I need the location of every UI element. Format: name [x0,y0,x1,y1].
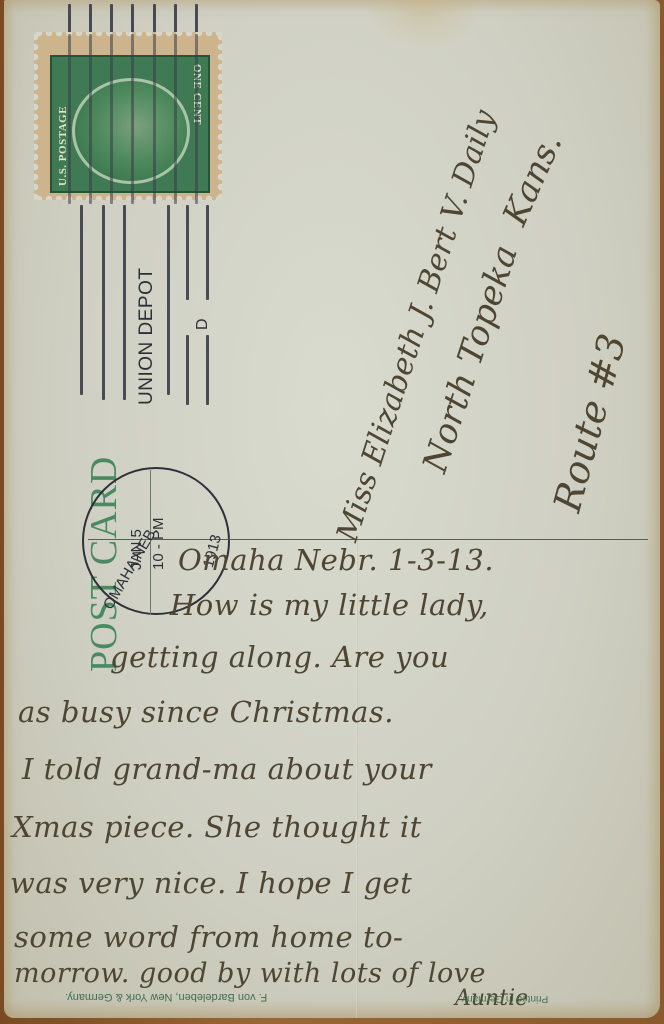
cancel-line [89,34,92,204]
postmark-time: 10 - PM [150,517,167,570]
cancel-line [186,205,189,300]
water-stain [364,0,484,50]
cancel-line [123,205,126,400]
message-line: Xmas piece. She thought it [12,810,422,844]
cancel-line [195,34,198,204]
cancel-line [153,4,156,34]
message-line: morrow. good by with lots of love [14,958,486,989]
cancel-line [102,205,105,400]
address-message-divider [88,539,648,540]
cancel-line [174,34,177,204]
cancel-union-depot: UNION DEPOT [136,268,158,405]
cancel-line [68,4,71,34]
cancel-line [206,205,209,300]
message-line: getting along. Are you [110,640,449,674]
message-line: was very nice. I hope I get [10,866,412,900]
publisher-imprint: F. von Bardeleben, New York & Germany. [65,991,267,1003]
cancel-line [131,4,134,34]
cancel-line [174,4,177,34]
message-line: some word from home to- [14,920,403,954]
message-line: How is my little lady, [170,588,489,622]
message-line: as busy since Christmas. [18,695,394,729]
message-line: I told grand-ma about your [22,752,432,786]
cancel-line [110,34,113,204]
cancel-line [167,205,170,395]
message-line: Omaha Nebr. 1-3-13. [178,543,494,577]
printed-in-imprint: Printed in Germany. [460,993,548,1004]
cancel-letter: D [194,318,212,330]
cancel-line [206,335,209,405]
postmark-date: JAN 5 [128,529,145,570]
cancel-line [186,335,189,405]
cancel-line [68,34,71,204]
cancel-line [80,205,83,395]
cancel-line [195,4,198,34]
cancel-line [89,4,92,34]
cancel-line [153,34,156,204]
cancel-line [131,34,134,204]
cancel-line [110,4,113,34]
